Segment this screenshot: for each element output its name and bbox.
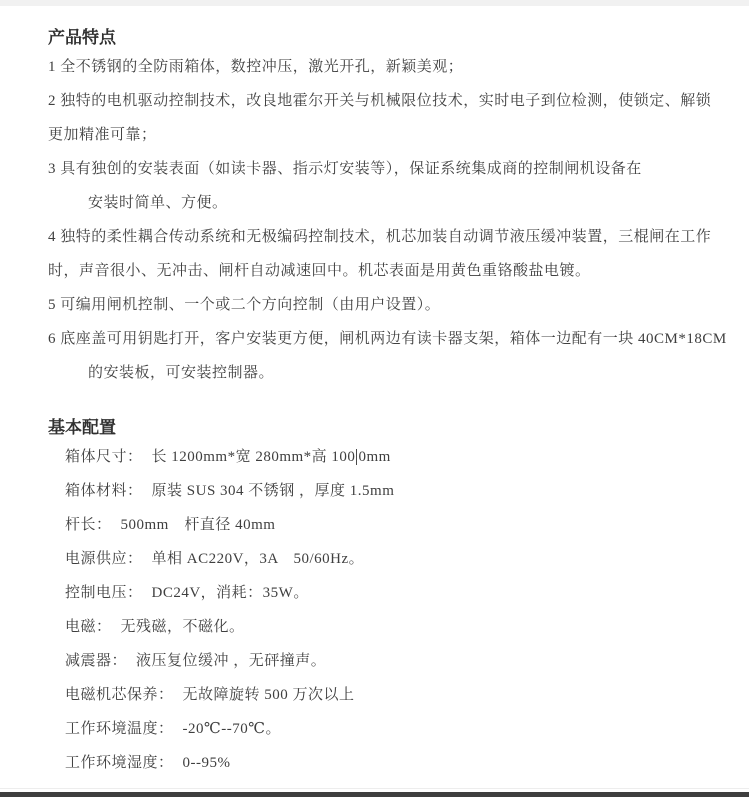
config-row-mechanism-maintenance: 电磁机芯保养：无故障旋转 500 万次以上 [65,678,737,712]
config-label: 电源供应： [65,551,143,567]
page-top-band [0,0,749,6]
feature-line: 安装时简单、方便。 [48,186,737,220]
bottom-faint-divider [0,788,749,789]
config-section: 基本配置 箱体尺寸：长 1200mm*宽 280mm*高 1000mm 箱体材料… [48,416,737,780]
config-heading: 基本配置 [48,416,737,440]
config-label: 电磁机芯保养： [65,687,174,703]
features-heading: 产品特点 [48,26,737,50]
config-value: 单相 AC220V，3A 50/60Hz。 [152,551,365,567]
feature-line: 时，声音很小、无冲击、闸杆自动减速回中。机芯表面是用黄色重铬酸盐电镀。 [48,254,737,288]
bottom-border-line [0,792,749,797]
feature-line: 的安装板，可安装控制器。 [48,356,737,390]
config-label: 减震器： [65,653,127,669]
feature-line: 4 独特的柔性耦合传动系统和无极编码控制技术，机芯加装自动调节液压缓冲装置，三棍… [48,220,737,254]
config-value: -20℃--70℃。 [183,721,282,737]
feature-line: 更加精准可靠； [48,118,737,152]
config-value: 原装 SUS 304 不锈钢 ，厚度 1.5mm [152,483,395,499]
config-value: 无残磁，不磁化。 [121,619,245,635]
config-label: 电磁： [65,619,112,635]
document-page: 产品特点 1 全不锈钢的全防雨箱体，数控冲压，激光开孔，新颖美观； 2 独特的电… [0,0,749,800]
config-value: 无故障旋转 500 万次以上 [183,687,355,703]
config-row-arm-length: 杆长：500mm 杆直径 40mm [65,508,737,542]
config-value: 长 1200mm*宽 280mm*高 100 [152,449,356,465]
config-row-electromagnetism: 电磁：无残磁，不磁化。 [65,610,737,644]
config-value: 0mm [358,449,390,465]
config-label: 工作环境湿度： [65,755,174,771]
config-value: 500mm 杆直径 40mm [121,517,276,533]
feature-line: 3 具有独创的安装表面（如读卡器、指示灯安装等），保证系统集成商的控制闸机设备在 [48,152,737,186]
config-value: 0--95% [183,755,231,771]
config-label: 箱体尺寸： [65,449,143,465]
config-row-working-humidity: 工作环境湿度：0--95% [65,746,737,780]
config-value: DC24V，消耗：35W。 [152,585,309,601]
config-row-power-supply: 电源供应：单相 AC220V，3A 50/60Hz。 [65,542,737,576]
feature-line: 6 底座盖可用钥匙打开，客户安装更方便，闸机两边有读卡器支架，箱体一边配有一块 … [48,322,737,356]
page-content: 产品特点 1 全不锈钢的全防雨箱体，数控冲压，激光开孔，新颖美观； 2 独特的电… [48,26,737,780]
config-row-box-material: 箱体材料：原装 SUS 304 不锈钢 ，厚度 1.5mm [65,474,737,508]
config-label: 箱体材料： [65,483,143,499]
config-label: 工作环境温度： [65,721,174,737]
feature-line: 2 独特的电机驱动控制技术，改良地霍尔开关与机械限位技术，实时电子到位检测，使锁… [48,84,737,118]
config-rows: 箱体尺寸：长 1200mm*宽 280mm*高 1000mm 箱体材料：原装 S… [48,440,737,780]
config-label: 杆长： [65,517,112,533]
config-row-damper: 减震器：液压复位缓冲 ，无砰撞声。 [65,644,737,678]
feature-line: 5 可编用闸机控制、一个或二个方向控制（由用户设置）。 [48,288,737,322]
features-list: 1 全不锈钢的全防雨箱体，数控冲压，激光开孔，新颖美观； 2 独特的电机驱动控制… [48,50,737,390]
feature-line: 1 全不锈钢的全防雨箱体，数控冲压，激光开孔，新颖美观； [48,50,737,84]
config-row-control-voltage: 控制电压：DC24V，消耗：35W。 [65,576,737,610]
config-row-box-dimensions: 箱体尺寸：长 1200mm*宽 280mm*高 1000mm [65,440,737,474]
config-label: 控制电压： [65,585,143,601]
config-value: 液压复位缓冲 ，无砰撞声。 [136,653,326,669]
config-row-working-temperature: 工作环境温度：-20℃--70℃。 [65,712,737,746]
